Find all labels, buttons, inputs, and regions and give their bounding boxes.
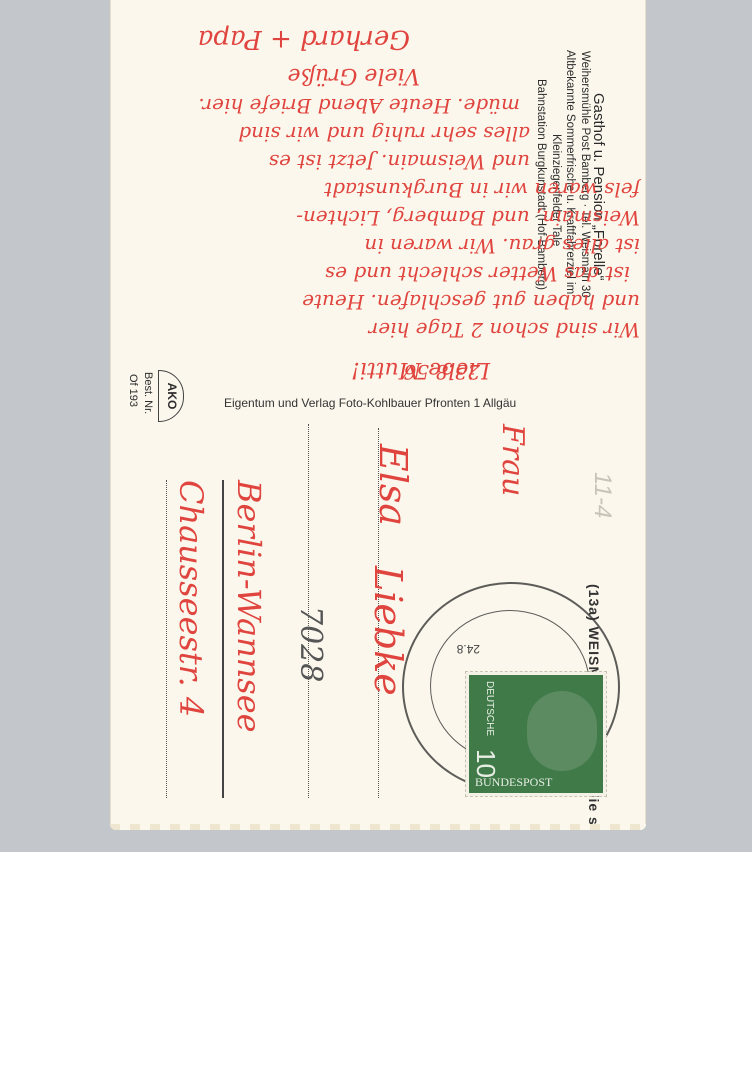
- message-line: und Weismain. Jetzt ist es: [269, 150, 530, 174]
- postcard: Gasthof u. Pension „Forelle“ Weihersmühl…: [110, 0, 646, 830]
- message-line: alles sehr ruhig und wir sind: [238, 122, 530, 146]
- pencil-note: 7028: [293, 606, 328, 682]
- postmark-date: 24.8: [457, 642, 480, 656]
- message-line: ist das Wetter schlecht und es: [325, 262, 630, 286]
- stamp-issuer: BUNDESPOST: [475, 775, 552, 790]
- stamp-value: 10: [470, 749, 501, 778]
- address-underline: [222, 480, 224, 798]
- message-line: Viele Grüße: [287, 63, 420, 88]
- message-line: Weismain, und Bamberg, Lichten-: [296, 206, 640, 230]
- postage-stamp: DEUTSCHE 10 BUNDESPOST: [466, 672, 606, 796]
- address-line1: Frau: [495, 424, 530, 496]
- address-line5: Chausseestr. 4: [172, 480, 210, 717]
- order-number-label: Best. Nr.: [142, 372, 154, 414]
- header-line1: Weihersmühle Post Bamberg · Tel. Weismai…: [579, 51, 591, 298]
- corner-pencil-note: 11-4: [588, 472, 616, 518]
- card-deckled-edge: [110, 824, 646, 830]
- publisher-line: Eigentum und Verlag Foto-Kohlbauer Pfron…: [224, 396, 516, 410]
- message-line: fels waren wir in Burgkunstadt: [324, 178, 640, 202]
- message-signature: Gerhard + Papa: [198, 24, 410, 54]
- message-line: ist alles grau. Wir waren in: [364, 234, 640, 258]
- address-line4: Berlin-Wannsee: [230, 480, 268, 733]
- message-line: und haben gut geschlafen. Heute: [302, 290, 640, 314]
- order-number-value: Of 193: [127, 374, 139, 407]
- message-line: Wir sind schon 2 Tage hier: [369, 318, 640, 342]
- message-line: Liebe Mutti!: [351, 357, 490, 382]
- ako-logo: AKO: [158, 370, 184, 422]
- address-guide-line: [166, 480, 167, 798]
- address-line2: Elsa: [371, 444, 415, 526]
- message-line: müde. Heute Abend Briefe hier.: [198, 94, 520, 118]
- stamp-portrait: [527, 691, 597, 771]
- stamp-country: DEUTSCHE: [484, 681, 495, 736]
